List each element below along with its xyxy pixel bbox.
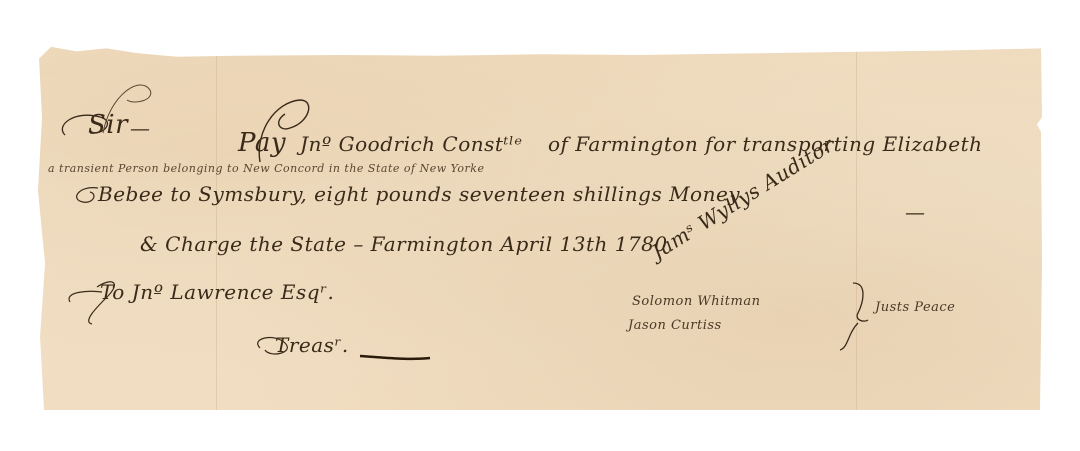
addressee-title: Treasʳ. — [275, 333, 349, 357]
salutation-dash: — — [130, 116, 151, 140]
addressee-to: To Jnº Lawrence Esqʳ. — [100, 280, 334, 304]
line3-text: & Charge the State – Farmington April 13… — [140, 232, 668, 256]
line2-text: Bebee to Symsbury, eight pounds seventee… — [98, 182, 740, 206]
paper-fold-line — [216, 44, 217, 410]
line2-dash: — — [905, 200, 926, 224]
pay-verb: Pay — [238, 128, 286, 158]
paper-fold-line — [856, 44, 857, 410]
justice-signature-1: Solomon Whitman — [632, 294, 760, 309]
line1-text: of Farmington for transporting Elizabeth — [548, 132, 982, 156]
payee-name: Jnº Goodrich Constᵗˡᵉ — [300, 132, 522, 156]
justice-signature-2: Jason Curtiss — [628, 318, 722, 333]
document-paper — [36, 44, 1043, 410]
salutation-text: Sir — [88, 110, 128, 140]
justices-role: Justs Peace — [875, 300, 955, 315]
interlineation-text: a transient Person belonging to New Conc… — [48, 162, 484, 175]
